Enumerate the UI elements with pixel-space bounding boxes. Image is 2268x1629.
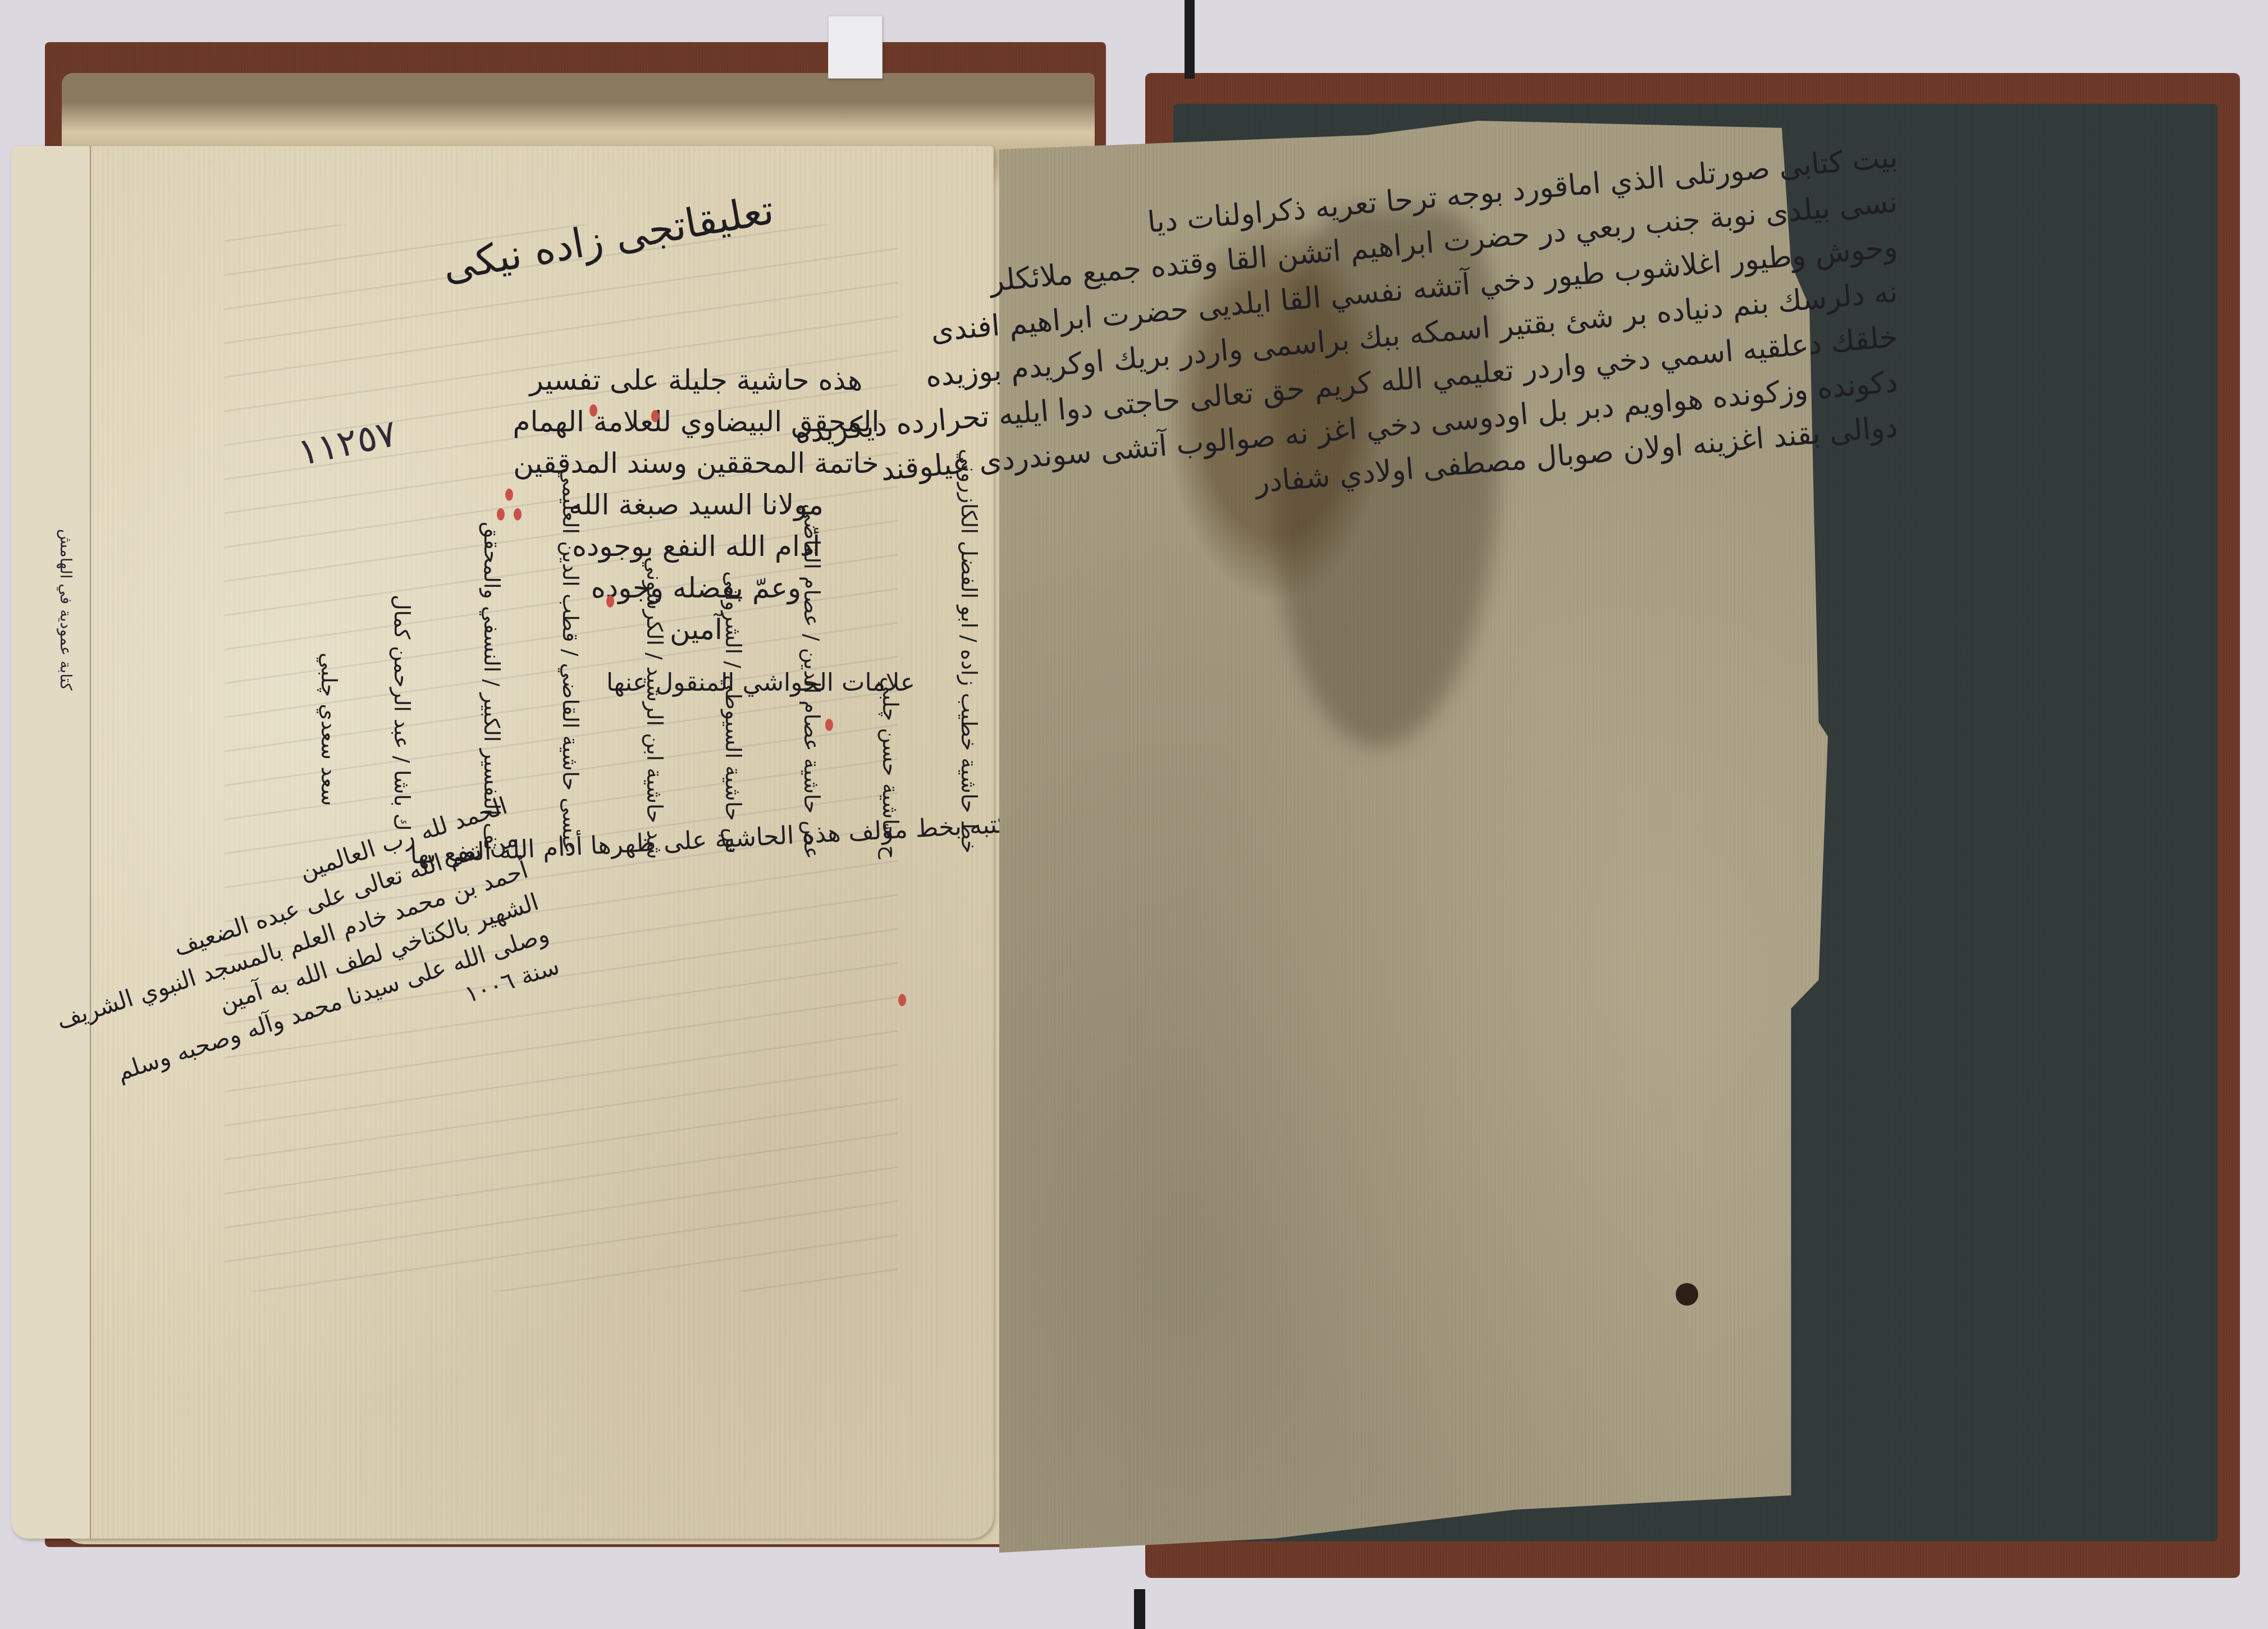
spine-edge-bottom — [1134, 1589, 1145, 1629]
red-rubric-dot — [505, 489, 513, 501]
gloss-column: سعد سعدي چلبي — [314, 722, 344, 806]
title-line: مولانا السيد صبغة الله — [466, 484, 926, 526]
ink-blot — [1676, 1283, 1698, 1306]
spine-edge — [1185, 0, 1195, 79]
red-rubric-dot — [589, 404, 597, 417]
margin-note: كتابة عمودية في الهامش — [53, 185, 78, 691]
paper-label-tab — [828, 16, 882, 79]
gloss-column: ك باشا / عبد الرحمن كمال — [387, 719, 417, 831]
main-title-block: هذه حاشية جليلة على تفسير المحقق البيضاو… — [466, 359, 926, 650]
title-line: أدام الله النفع بوجوده — [466, 526, 926, 567]
title-line: آمين — [466, 609, 926, 650]
red-rubric-dot — [514, 508, 522, 521]
red-rubric-dot — [606, 595, 614, 608]
left-margin-strip — [11, 146, 91, 1539]
red-rubric-dot — [898, 994, 906, 1006]
title-line: وعمّ بفضله وجوده — [466, 567, 926, 609]
red-rubric-dot — [825, 719, 833, 731]
flyleaf-note-block: بيت كتابى صورتلى الذي اماقورد بوجه ترحا … — [1055, 135, 1897, 449]
title-line: هذه حاشية جليلة على تفسير — [466, 359, 926, 401]
margin-fold-line — [90, 146, 91, 1539]
red-rubric-dot — [497, 508, 505, 521]
red-rubric-dot — [651, 410, 659, 422]
